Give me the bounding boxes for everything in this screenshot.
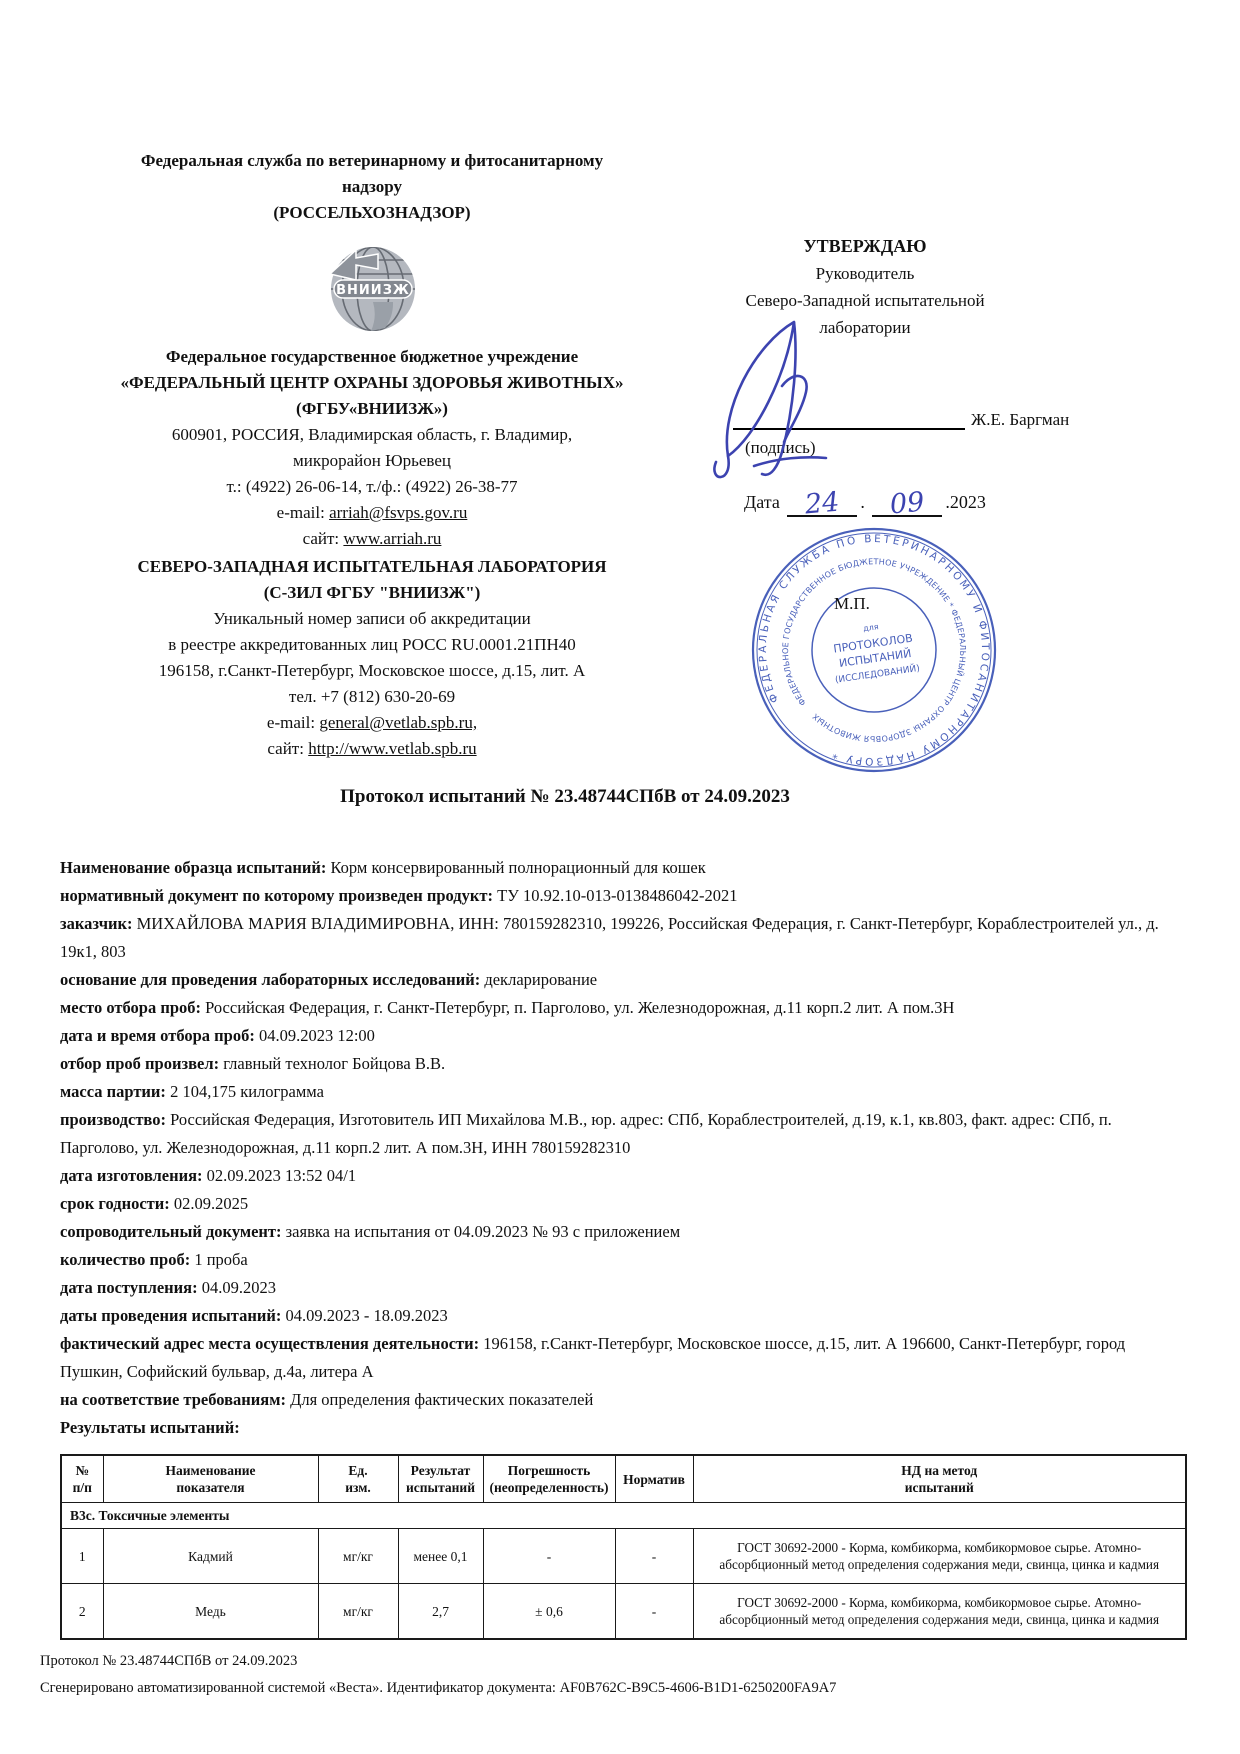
org-address-1: 600901, РОССИЯ, Владимирская область, г.…: [112, 422, 632, 448]
logo-text: ВНИИЗЖ: [336, 283, 410, 298]
agency-name: Федеральная служба по ветеринарному и фи…: [112, 148, 632, 200]
page-title: Протокол испытаний № 23.48744СПбВ от 24.…: [60, 783, 1070, 810]
org-type: Федеральное государственное бюджетное уч…: [112, 344, 632, 370]
field-label: даты проведения испытаний:: [60, 1306, 281, 1325]
table-row: 1 Кадмий мг/кг менее 0,1 - - ГОСТ 30692-…: [61, 1529, 1186, 1584]
field-label: дата изготовления:: [60, 1166, 203, 1185]
field-value: 2 104,175 килограмма: [170, 1082, 324, 1101]
doc-field: срок годности: 02.09.2025: [60, 1190, 1182, 1218]
handwritten-month: 09: [889, 487, 926, 521]
field-value: 02.09.2025: [174, 1194, 248, 1213]
signature-icon: [696, 314, 878, 492]
doc-field: производство: Российская Федерация, Изго…: [60, 1106, 1182, 1162]
col-header-indicator: Наименование показателя: [103, 1455, 318, 1503]
approver-role-2: Северо-Западной испытательной: [700, 287, 1030, 314]
field-label: заказчик:: [60, 914, 133, 933]
col-header-result: Результат испытаний: [398, 1455, 483, 1503]
field-label: срок годности:: [60, 1194, 170, 1213]
lab-address: 196158, г.Санкт-Петербург, Московское шо…: [112, 658, 632, 684]
footer-protocol-ref: Протокол № 23.48744СПбВ от 24.09.2023: [40, 1648, 1210, 1675]
cell-result: менее 0,1: [398, 1529, 483, 1584]
org-email-line: e-mail: arriah@fsvps.gov.ru: [112, 500, 632, 526]
cell-result: 2,7: [398, 1584, 483, 1640]
doc-field: масса партии: 2 104,175 килограмма: [60, 1078, 1182, 1106]
field-label: дата и время отбора проб:: [60, 1026, 255, 1045]
doc-field: Наименование образца испытаний: Корм кон…: [60, 854, 1182, 882]
lab-phone: тел. +7 (812) 630-20-69: [112, 684, 632, 710]
doc-field: отбор проб произвел: главный технолог Бо…: [60, 1050, 1182, 1078]
field-value: Для определения фактических показателей: [290, 1390, 593, 1409]
field-value: МИХАЙЛОВА МАРИЯ ВЛАДИМИРОВНА, ИНН: 78015…: [60, 914, 1159, 961]
doc-field: дата поступления: 04.09.2023: [60, 1274, 1182, 1302]
lab-site-label: сайт:: [267, 739, 308, 758]
approver-name: Ж.Е. Баргман: [971, 410, 1069, 430]
field-value: заявка на испытания от 04.09.2023 № 93 с…: [286, 1222, 681, 1241]
lab-accreditation-1: Уникальный номер записи об аккредитации: [112, 606, 632, 632]
cell-unit: мг/кг: [318, 1584, 398, 1640]
issuer-block: Федеральная служба по ветеринарному и фи…: [112, 148, 632, 762]
org-site-label: сайт:: [303, 529, 344, 548]
field-value: главный технолог Бойцова В.В.: [223, 1054, 445, 1073]
date-label: Дата: [744, 492, 780, 512]
field-value: ТУ 10.92.10-013-0138486042-2021: [497, 886, 737, 905]
field-value: Корм консервированный полнорационный для…: [330, 858, 705, 877]
col-header-method: НД на метод испытаний: [693, 1455, 1186, 1503]
cell-error: -: [483, 1529, 615, 1584]
cell-norm: -: [615, 1529, 693, 1584]
col-header-error: Погрешность (неопределенность): [483, 1455, 615, 1503]
org-phone: т.: (4922) 26-06-14, т./ф.: (4922) 26-38…: [112, 474, 632, 500]
field-label: Наименование образца испытаний:: [60, 858, 326, 877]
doc-field: заказчик: МИХАЙЛОВА МАРИЯ ВЛАДИМИРОВНА, …: [60, 910, 1182, 966]
table-row: 2 Медь мг/кг 2,7 ± 0,6 - ГОСТ 30692-2000…: [61, 1584, 1186, 1640]
footer-generated-note: Сгенерировано автоматизированной системо…: [40, 1675, 1210, 1702]
field-value: 04.09.2023 - 18.09.2023: [285, 1306, 447, 1325]
cell-method: ГОСТ 30692-2000 - Корма, комбикорма, ком…: [693, 1584, 1186, 1640]
field-label: сопроводительный документ:: [60, 1222, 282, 1241]
lab-site-link[interactable]: http://www.vetlab.spb.ru: [308, 739, 476, 758]
document-header: Федеральная служба по ветеринарному и фи…: [0, 0, 1240, 775]
results-heading: Результаты испытаний:: [60, 1414, 1182, 1442]
cell-norm: -: [615, 1584, 693, 1640]
field-label: дата поступления:: [60, 1278, 198, 1297]
vniizh-logo: ВНИИЗЖ: [322, 234, 422, 340]
doc-field: на соответствие требованиям: Для определ…: [60, 1386, 1182, 1414]
stamp-icon: ФЕДЕРАЛЬНАЯ СЛУЖБА ПО ВЕТЕРИНАРНОМУ И ФИ…: [729, 505, 1018, 794]
cell-num: 2: [61, 1584, 103, 1640]
org-email-label: e-mail:: [277, 503, 329, 522]
doc-field: фактический адрес места осуществления де…: [60, 1330, 1182, 1386]
field-label: производство:: [60, 1110, 166, 1129]
cell-indicator: Медь: [103, 1584, 318, 1640]
page-footer: Протокол № 23.48744СПбВ от 24.09.2023 Сг…: [40, 1648, 1210, 1702]
lab-accreditation-2: в реестре аккредитованных лиц РОСС RU.00…: [112, 632, 632, 658]
table-header-row: № п/п Наименование показателя Ед. изм. Р…: [61, 1455, 1186, 1503]
org-address-2: микрорайон Юрьевец: [112, 448, 632, 474]
org-email-link[interactable]: arriah@fsvps.gov.ru: [329, 503, 467, 522]
field-label: количество проб:: [60, 1250, 190, 1269]
section-title: В3с. Токсичные элементы: [61, 1503, 1186, 1529]
org-name: «ФЕДЕРАЛЬНЫЙ ЦЕНТР ОХРАНЫ ЗДОРОВЬЯ ЖИВОТ…: [112, 370, 632, 396]
field-label: на соответствие требованиям:: [60, 1390, 286, 1409]
org-site-line: сайт: www.arriah.ru: [112, 526, 632, 552]
col-header-num: № п/п: [61, 1455, 103, 1503]
globe-icon: ВНИИЗЖ: [322, 234, 422, 340]
field-value: декларирование: [484, 970, 597, 989]
document-page: Федеральная служба по ветеринарному и фи…: [0, 0, 1240, 1754]
date-year: .2023: [945, 492, 986, 512]
field-label: масса партии:: [60, 1082, 166, 1101]
doc-field: нормативный документ по которому произве…: [60, 882, 1182, 910]
col-header-norm: Норматив: [615, 1455, 693, 1503]
cell-error: ± 0,6: [483, 1584, 615, 1640]
field-value: Российская Федерация, Изготовитель ИП Ми…: [60, 1110, 1112, 1157]
lab-email-line: e-mail: general@vetlab.spb.ru,: [112, 710, 632, 736]
doc-field: даты проведения испытаний: 04.09.2023 - …: [60, 1302, 1182, 1330]
official-stamp: ФЕДЕРАЛЬНАЯ СЛУЖБА ПО ВЕТЕРИНАРНОМУ И ФИ…: [729, 505, 1018, 794]
lab-block: СЕВЕРО-ЗАПАДНАЯ ИСПЫТАТЕЛЬНАЯ ЛАБОРАТОРИ…: [112, 554, 632, 762]
field-label: основание для проведения лабораторных ис…: [60, 970, 480, 989]
cell-indicator: Кадмий: [103, 1529, 318, 1584]
mp-mark: М.П.: [834, 594, 870, 614]
doc-field: место отбора проб: Российская Федерация,…: [60, 994, 1182, 1022]
results-table: № п/п Наименование показателя Ед. изм. Р…: [60, 1454, 1187, 1640]
cell-method: ГОСТ 30692-2000 - Корма, комбикорма, ком…: [693, 1529, 1186, 1584]
doc-field: основание для проведения лабораторных ис…: [60, 966, 1182, 994]
field-label: место отбора проб:: [60, 998, 201, 1017]
cell-unit: мг/кг: [318, 1529, 398, 1584]
field-value: Российская Федерация, г. Санкт-Петербург…: [205, 998, 954, 1017]
doc-field: дата и время отбора проб: 04.09.2023 12:…: [60, 1022, 1182, 1050]
field-value: 04.09.2023: [202, 1278, 276, 1297]
field-label: нормативный документ по которому произве…: [60, 886, 493, 905]
approval-title: УТВЕРЖДАЮ: [700, 233, 1030, 260]
lab-short-name: (С-ЗИЛ ФГБУ "ВНИИЗЖ"): [112, 580, 632, 606]
field-label: фактический адрес места осуществления де…: [60, 1334, 479, 1353]
doc-field: дата изготовления: 02.09.2023 13:52 04/1: [60, 1162, 1182, 1190]
field-value: 02.09.2023 13:52 04/1: [207, 1166, 356, 1185]
stamp-center-1: для: [863, 622, 880, 633]
lab-email-label: e-mail:: [267, 713, 319, 732]
org-site-link[interactable]: www.arriah.ru: [343, 529, 441, 548]
agency-short-name: (РОССЕЛЬХОЗНАДЗОР): [112, 200, 632, 226]
field-label: отбор проб произвел:: [60, 1054, 219, 1073]
date-month-slot: 09: [872, 484, 942, 517]
approver-role-1: Руководитель: [700, 260, 1030, 287]
field-value: 1 проба: [194, 1250, 247, 1269]
field-value: 04.09.2023 12:00: [259, 1026, 375, 1045]
lab-name: СЕВЕРО-ЗАПАДНАЯ ИСПЫТАТЕЛЬНАЯ ЛАБОРАТОРИ…: [112, 554, 632, 580]
org-short-name: (ФГБУ«ВНИИЗЖ»): [112, 396, 632, 422]
doc-field: сопроводительный документ: заявка на исп…: [60, 1218, 1182, 1246]
protocol-body: Наименование образца испытаний: Корм кон…: [60, 854, 1182, 1640]
doc-field: количество проб: 1 проба: [60, 1246, 1182, 1274]
lab-site-line: сайт: http://www.vetlab.spb.ru: [112, 736, 632, 762]
cell-num: 1: [61, 1529, 103, 1584]
lab-email-link[interactable]: general@vetlab.spb.ru,: [319, 713, 477, 732]
col-header-unit: Ед. изм.: [318, 1455, 398, 1503]
table-section-row: В3с. Токсичные элементы: [61, 1503, 1186, 1529]
